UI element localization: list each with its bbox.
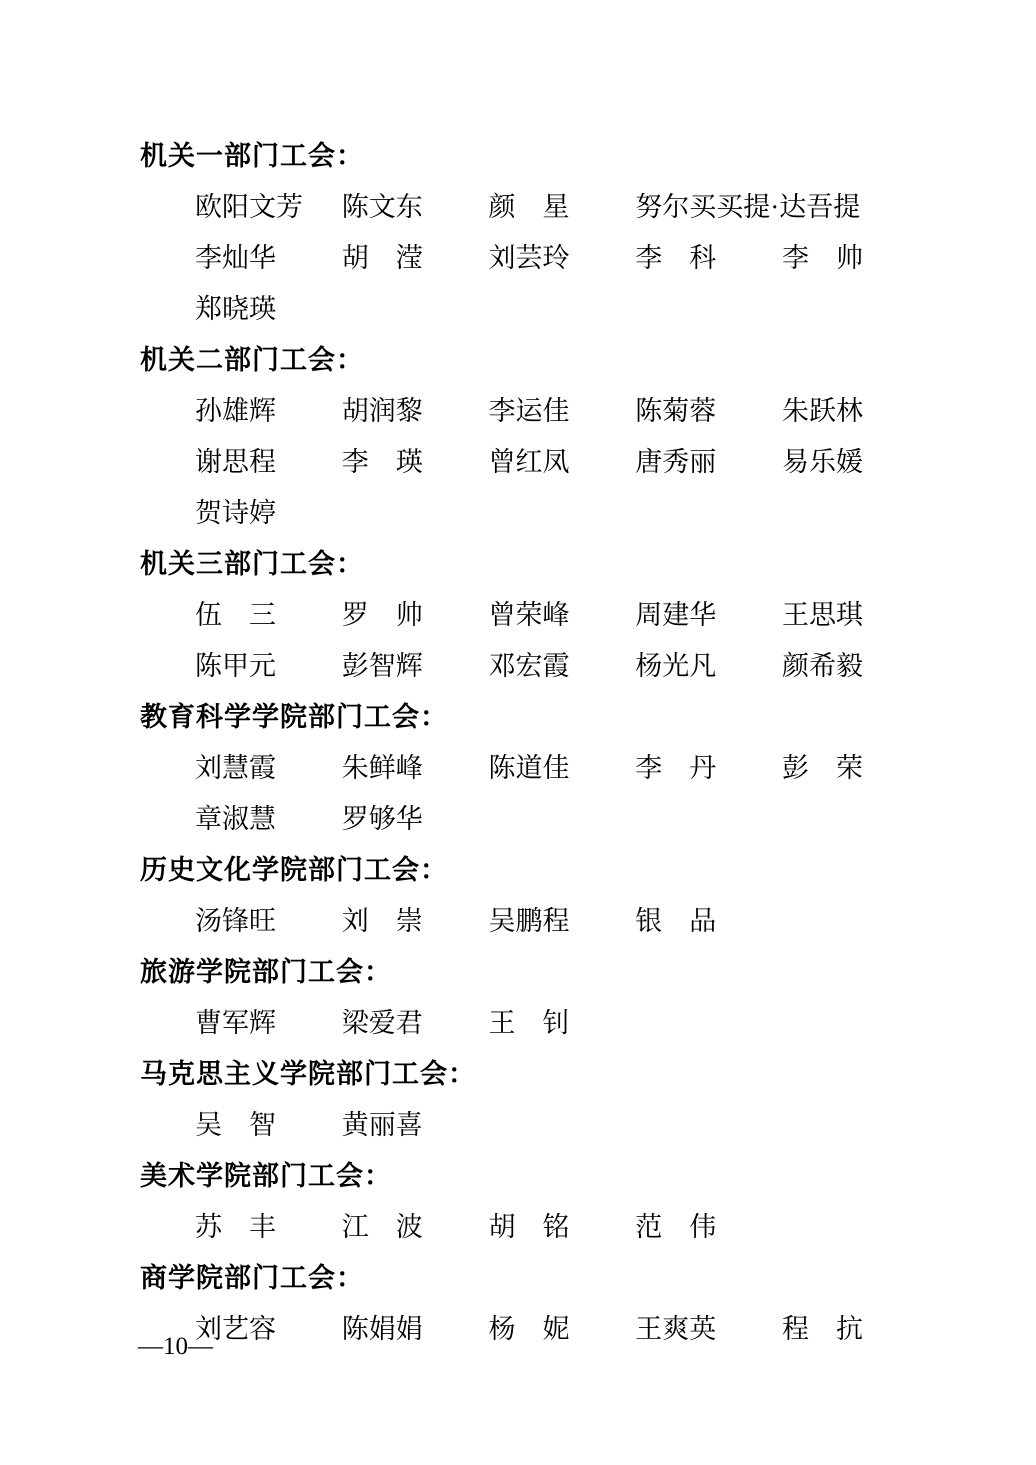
member-name: 陈菊蓉 xyxy=(635,386,775,437)
member-name: 贺诗婷 xyxy=(195,488,335,539)
section-title: 马克思主义学院部门工会： xyxy=(0,1049,1036,1100)
member-name: 李灿华 xyxy=(195,233,335,284)
member-name: 李 丹 xyxy=(635,743,775,794)
member-name: 杨 妮 xyxy=(489,1304,629,1355)
member-name: 王爽英 xyxy=(635,1304,775,1355)
section-title: 美术学院部门工会： xyxy=(0,1151,1036,1202)
member-name: 彭智辉 xyxy=(342,641,482,692)
section-title: 机关一部门工会： xyxy=(0,131,1036,182)
member-name: 周建华 xyxy=(635,590,775,641)
name-row: 吴 智 黄丽喜 xyxy=(0,1100,1036,1151)
member-name: 曾荣峰 xyxy=(489,590,629,641)
member-name: 范 伟 xyxy=(635,1202,775,1253)
member-name: 彭 荣 xyxy=(782,743,922,794)
member-name: 梁爱君 xyxy=(342,998,482,1049)
name-row: 谢思程 李 瑛 曾红凤 唐秀丽 易乐媛 xyxy=(0,437,1036,488)
name-row: 贺诗婷 xyxy=(0,488,1036,539)
member-name: 李 瑛 xyxy=(342,437,482,488)
member-name: 郑晓瑛 xyxy=(195,284,335,335)
member-name: 刘芸玲 xyxy=(489,233,629,284)
member-name: 努尔买买提·达吾提 xyxy=(635,182,860,233)
member-name: 王 钊 xyxy=(489,998,629,1049)
section-title: 旅游学院部门工会： xyxy=(0,947,1036,998)
name-row: 李灿华 胡 滢 刘芸玲 李 科 李 帅 xyxy=(0,233,1036,284)
member-name: 易乐媛 xyxy=(782,437,922,488)
section-title: 历史文化学院部门工会： xyxy=(0,845,1036,896)
member-name: 邓宏霞 xyxy=(489,641,629,692)
page-number: —10— xyxy=(138,1332,213,1362)
member-name: 刘艺容 xyxy=(195,1304,335,1355)
document-body: 机关一部门工会： 欧阳文芳 陈文东 颜 星 努尔买买提·达吾提 李灿华 胡 滢 … xyxy=(0,131,1036,1355)
section-title: 商学院部门工会： xyxy=(0,1253,1036,1304)
member-name: 章淑慧 xyxy=(195,794,335,845)
member-name: 胡 滢 xyxy=(342,233,482,284)
name-row: 伍 三 罗 帅 曾荣峰 周建华 王思琪 xyxy=(0,590,1036,641)
member-name: 陈道佳 xyxy=(489,743,629,794)
member-name: 曾红凤 xyxy=(489,437,629,488)
name-row: 苏 丰 江 波 胡 铭 范 伟 xyxy=(0,1202,1036,1253)
member-name: 朱鲜峰 xyxy=(342,743,482,794)
member-name: 罗 帅 xyxy=(342,590,482,641)
member-name: 陈娟娟 xyxy=(342,1304,482,1355)
name-row: 欧阳文芳 陈文东 颜 星 努尔买买提·达吾提 xyxy=(0,182,1036,233)
member-name: 吴 智 xyxy=(195,1100,335,1151)
member-name: 江 波 xyxy=(342,1202,482,1253)
member-name: 罗够华 xyxy=(342,794,482,845)
name-row: 刘慧霞 朱鲜峰 陈道佳 李 丹 彭 荣 xyxy=(0,743,1036,794)
name-row: 汤锋旺 刘 崇 吴鹏程 银 品 xyxy=(0,896,1036,947)
member-name: 银 品 xyxy=(635,896,775,947)
member-name: 程 抗 xyxy=(782,1304,922,1355)
member-name: 陈文东 xyxy=(342,182,482,233)
member-name: 欧阳文芳 xyxy=(195,182,335,233)
member-name: 颜 星 xyxy=(489,182,629,233)
member-name: 王思琪 xyxy=(782,590,922,641)
member-name: 唐秀丽 xyxy=(635,437,775,488)
member-name: 吴鹏程 xyxy=(489,896,629,947)
name-row: 曹军辉 梁爱君 王 钊 xyxy=(0,998,1036,1049)
member-name: 李 科 xyxy=(635,233,775,284)
name-row: 郑晓瑛 xyxy=(0,284,1036,335)
member-name: 谢思程 xyxy=(195,437,335,488)
member-name: 李运佳 xyxy=(489,386,629,437)
member-name: 颜希毅 xyxy=(782,641,922,692)
member-name: 刘慧霞 xyxy=(195,743,335,794)
member-name: 朱跃林 xyxy=(782,386,922,437)
member-name: 苏 丰 xyxy=(195,1202,335,1253)
name-row: 孙雄辉 胡润黎 李运佳 陈菊蓉 朱跃林 xyxy=(0,386,1036,437)
name-row: 章淑慧 罗够华 xyxy=(0,794,1036,845)
section-title: 机关三部门工会： xyxy=(0,539,1036,590)
document-page: 机关一部门工会： 欧阳文芳 陈文东 颜 星 努尔买买提·达吾提 李灿华 胡 滢 … xyxy=(0,0,1036,1465)
member-name: 汤锋旺 xyxy=(195,896,335,947)
member-name: 伍 三 xyxy=(195,590,335,641)
member-name: 胡 铭 xyxy=(489,1202,629,1253)
name-row: 陈甲元 彭智辉 邓宏霞 杨光凡 颜希毅 xyxy=(0,641,1036,692)
member-name: 黄丽喜 xyxy=(342,1100,482,1151)
member-name: 孙雄辉 xyxy=(195,386,335,437)
member-name: 刘 崇 xyxy=(342,896,482,947)
member-name: 杨光凡 xyxy=(635,641,775,692)
member-name: 陈甲元 xyxy=(195,641,335,692)
section-title: 机关二部门工会： xyxy=(0,335,1036,386)
member-name: 李 帅 xyxy=(782,233,922,284)
member-name: 胡润黎 xyxy=(342,386,482,437)
member-name: 曹军辉 xyxy=(195,998,335,1049)
section-title: 教育科学学院部门工会： xyxy=(0,692,1036,743)
